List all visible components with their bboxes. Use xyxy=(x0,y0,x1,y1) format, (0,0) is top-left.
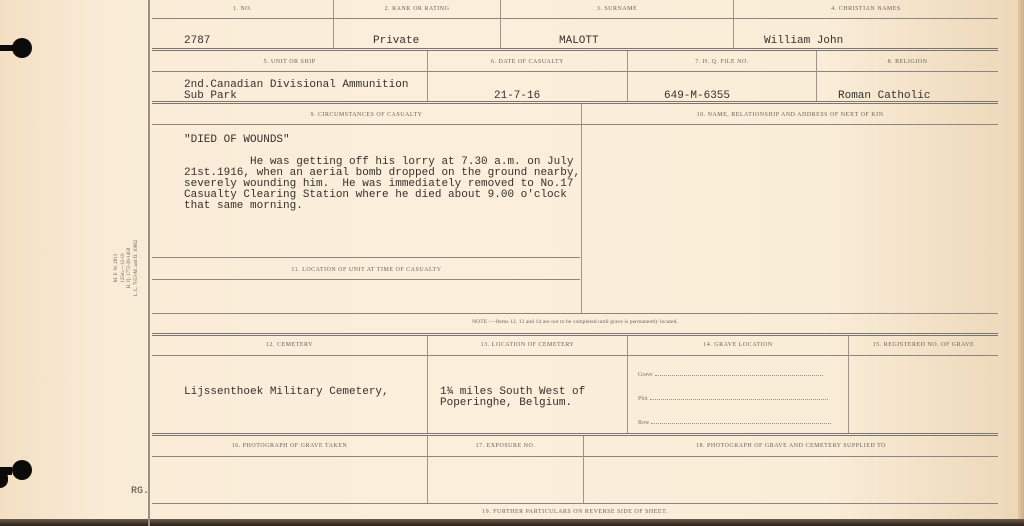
rule xyxy=(848,336,849,433)
form-code-block: M. F. W. 2813 125m.—12-19 H. Q. 1772-39-… xyxy=(114,223,140,313)
rule xyxy=(152,18,998,19)
rule xyxy=(152,48,998,51)
card-edge xyxy=(1018,0,1024,526)
label-grave-location: 14. GRAVE LOCATION xyxy=(628,342,848,348)
label-surname: 3. SURNAME xyxy=(501,6,733,12)
rule xyxy=(152,71,998,72)
rule xyxy=(427,336,428,433)
form-code-line: L. L. 7053-M. and D. 10862 xyxy=(134,223,141,313)
rule xyxy=(152,124,998,125)
label-no: 1. NO. xyxy=(152,6,333,12)
scan-shadow xyxy=(0,519,1024,526)
rule xyxy=(581,104,582,313)
circumstances-line: that same morning. xyxy=(184,201,303,212)
field-cemetery: Lijssenthoek Military Cemetery, xyxy=(184,387,389,398)
circumstances-heading: "DIED OF WOUNDS" xyxy=(184,135,290,146)
rule xyxy=(152,279,580,280)
rule xyxy=(152,503,998,504)
label-rank: 2. RANK OR RATING xyxy=(334,6,500,12)
field-christian-names: William John xyxy=(764,36,843,47)
label-exposure-no: 17. EXPOSURE NO. xyxy=(428,443,583,449)
row-label: Row xyxy=(638,420,649,426)
label-location-of-unit: 11. LOCATION OF UNIT AT TIME OF CASUALTY xyxy=(152,267,581,273)
label-hq-file-no: 7. H. Q. FILE NO. xyxy=(628,59,816,65)
field-hq-file-no: 649-M-6355 xyxy=(664,91,730,102)
label-further-particulars: 19. FURTHER PARTICULARS ON REVERSE SIDE … xyxy=(152,509,998,515)
label-photo-taken: 16. PHOTOGRAPH OF GRAVE TAKEN xyxy=(152,443,427,449)
field-surname: MALOTT xyxy=(559,36,599,47)
punch-hole-icon xyxy=(12,38,32,58)
rule xyxy=(152,433,998,436)
rule xyxy=(152,456,998,457)
label-christian-names: 4. CHRISTIAN NAMES xyxy=(734,6,998,12)
grave-label: Grave xyxy=(638,372,653,378)
label-cemetery: 12. CEMETERY xyxy=(152,342,427,348)
plot-dotted-line xyxy=(650,396,828,400)
label-photo-supplied: 18. PHOTOGRAPH OF GRAVE AND CEMETERY SUP… xyxy=(584,443,998,449)
field-no: 2787 xyxy=(184,36,210,47)
label-registered-no: 15. REGISTERED NO. OF GRAVE xyxy=(849,342,998,348)
field-unit-line-2: Sub Park xyxy=(184,91,237,102)
grave-field: Grave xyxy=(638,372,823,378)
field-date-of-casualty: 21-7-16 xyxy=(494,91,540,102)
grave-note: NOTE :—Items 12, 13 and 14 are not to be… xyxy=(152,319,998,325)
label-religion: 8. RELIGION xyxy=(817,59,998,65)
label-next-of-kin: 10. NAME, RELATIONSHIP AND ADDRESS OF NE… xyxy=(582,112,998,118)
punch-hole-icon xyxy=(12,460,32,480)
label-location-of-cemetery: 13. LOCATION OF CEMETERY xyxy=(428,342,627,348)
rule xyxy=(152,333,998,336)
rule xyxy=(152,313,998,314)
rule xyxy=(152,257,580,258)
plot-field: Plot xyxy=(638,396,828,402)
margin-mark: RG. xyxy=(131,486,149,497)
plot-label: Plot xyxy=(638,396,648,402)
field-religion: Roman Catholic xyxy=(838,91,930,102)
rule xyxy=(152,355,998,356)
grave-dotted-line xyxy=(655,372,823,376)
row-dotted-line xyxy=(651,420,831,424)
rule xyxy=(627,336,628,433)
row-field: Row xyxy=(638,420,831,426)
margin-rule xyxy=(148,0,150,526)
field-location-of-cemetery-line-2: Poperinghe, Belgium. xyxy=(440,398,572,409)
label-unit: 5. UNIT OR SHIP xyxy=(152,59,427,65)
label-circumstances: 9. CIRCUMSTANCES OF CASUALTY xyxy=(152,112,581,118)
field-rank: Private xyxy=(373,36,419,47)
label-date-of-casualty: 6. DATE OF CASUALTY xyxy=(428,59,627,65)
